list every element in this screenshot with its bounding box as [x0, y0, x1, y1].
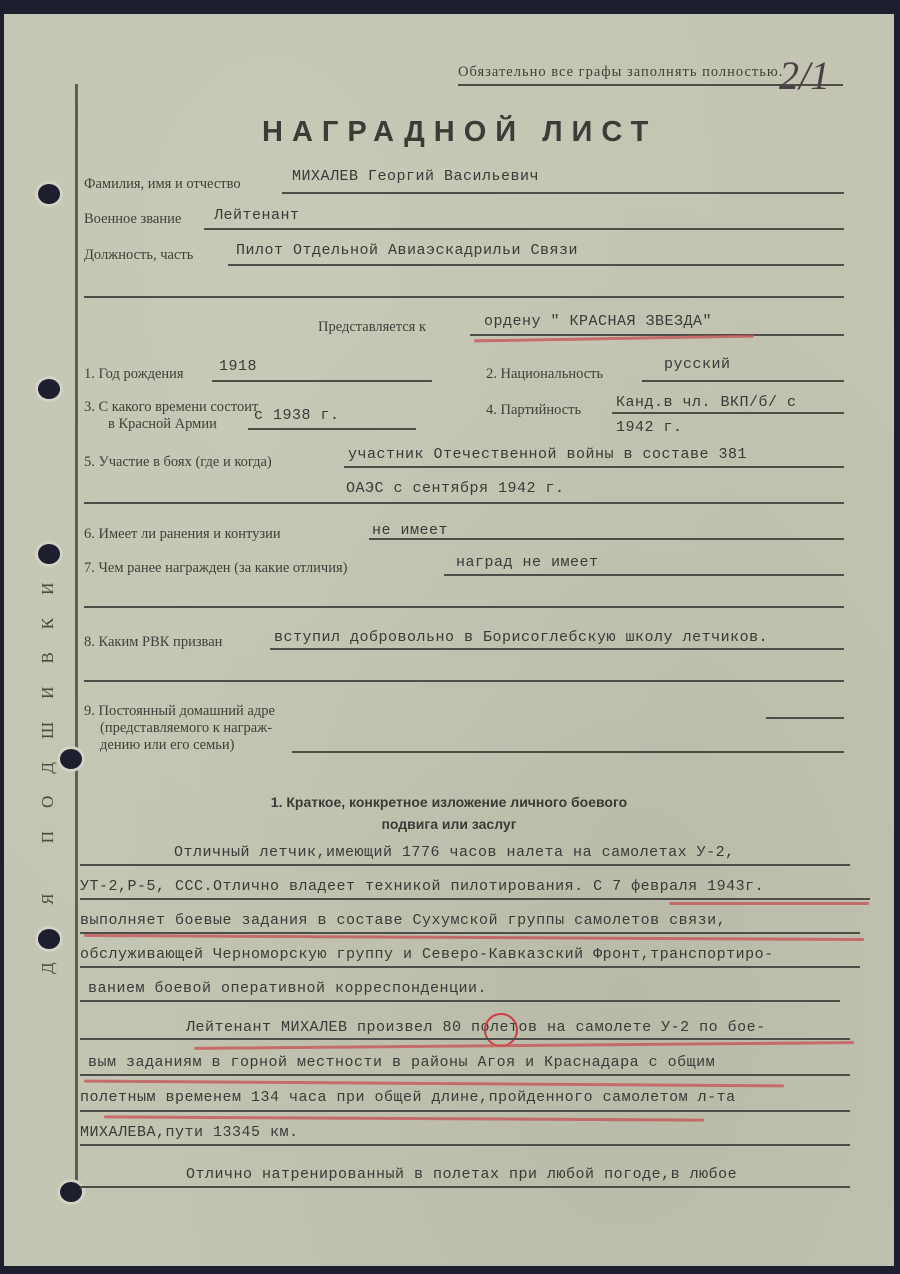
battles-label: 5. Участие в боях (где и когда)	[84, 454, 272, 471]
red-pencil-underline	[474, 335, 754, 342]
punch-hole	[38, 379, 60, 399]
divider	[612, 412, 844, 414]
divider	[84, 502, 844, 504]
divider	[80, 1038, 850, 1040]
battles-value-2: ОАЭС с сентября 1942 г.	[346, 480, 565, 497]
divider	[80, 864, 850, 866]
page-number: 2/1	[779, 52, 830, 99]
divider	[80, 1074, 850, 1076]
award-value: ордену " КРАСНАЯ ЗВЕЗДА"	[484, 313, 712, 330]
wounds-label: 6. Имеет ли ранения и контузии	[84, 526, 281, 543]
narrative-line: полетным временем 134 часа при общей дли…	[80, 1089, 736, 1106]
divider	[369, 538, 844, 540]
nationality-label: 2. Национальность	[486, 366, 603, 383]
punch-hole	[60, 749, 82, 769]
red-pencil-underline	[104, 1115, 704, 1121]
narrative-line: вым заданиям в горной местности в районы…	[88, 1054, 715, 1071]
red-pencil-underline	[84, 1080, 784, 1087]
party-value: Канд.в чл. ВКП/б/ с	[616, 394, 797, 411]
rank-value: Лейтенант	[214, 207, 300, 224]
position-label: Должность, часть	[84, 247, 193, 264]
red-circled-number	[484, 1013, 518, 1047]
red-pencil-underline	[669, 902, 869, 905]
party-value-2: 1942 г.	[616, 419, 683, 436]
divider	[228, 264, 844, 266]
divider	[642, 380, 844, 382]
birth-year-label: 1. Год рождения	[84, 366, 184, 383]
nationality-value: русский	[664, 356, 731, 373]
divider	[80, 898, 870, 900]
divider	[84, 606, 844, 608]
divider	[80, 1186, 850, 1188]
divider	[344, 466, 844, 468]
full-name-label: Фамилия, имя и отчество	[84, 176, 241, 193]
rank-label: Военное звание	[84, 211, 181, 228]
binding-margin-note: ДЛЯ ПОДШИВКИ	[38, 560, 58, 974]
divider	[766, 717, 844, 719]
party-label: 4. Партийность	[486, 402, 581, 419]
narrative-line: МИХАЛЕВА,пути 13345 км.	[80, 1124, 299, 1141]
service-since-label: 3. С какого времени состоит	[84, 399, 258, 416]
narrative-line: выполняет боевые задания в составе Сухум…	[80, 912, 726, 929]
narrative-line: Отлично натренированный в полетах при лю…	[186, 1166, 737, 1183]
divider	[80, 1144, 850, 1146]
fill-all-fields-note: Обязательно все графы заполнять полность…	[458, 64, 783, 81]
divider	[282, 192, 844, 194]
red-pencil-underline	[84, 934, 864, 941]
position-value: Пилот Отдельной Авиаэскадрильи Связи	[236, 242, 578, 259]
previous-awards-value: наград не имеет	[456, 554, 599, 571]
address-label-3: дению или его семьи)	[100, 737, 235, 754]
page-title: НАГРАДНОЙ ЛИСТ	[262, 116, 657, 149]
battles-value: участник Отечественной войны в составе 3…	[348, 446, 747, 463]
divider	[270, 648, 844, 650]
previous-awards-label: 7. Чем ранее награжден (за какие отличия…	[84, 560, 347, 577]
full-name-value: МИХАЛЕВ Георгий Васильевич	[292, 168, 539, 185]
divider	[204, 228, 844, 230]
punch-hole	[38, 544, 60, 564]
divider	[212, 380, 432, 382]
address-label: 9. Постоянный домашний адре	[84, 703, 275, 720]
divider	[444, 574, 844, 576]
divider	[84, 680, 844, 682]
narrative-line: УТ-2,Р-5, ССС.Отлично владеет техникой п…	[80, 878, 764, 895]
service-since-value: с 1938 г.	[254, 407, 340, 424]
divider	[80, 1110, 850, 1112]
conscription-label: 8. Каким РВК призван	[84, 634, 222, 651]
divider	[80, 932, 860, 934]
narrative-line: Лейтенант МИХАЛЕВ произвел 80 полетов на…	[186, 1019, 766, 1036]
narrative-line: Отличный летчик,имеющий 1776 часов налет…	[174, 844, 735, 861]
service-since-label-2: в Красной Армии	[108, 416, 217, 433]
punch-hole	[60, 1182, 82, 1202]
punch-hole	[38, 929, 60, 949]
punch-hole	[38, 184, 60, 204]
narrative-line: обслуживающей Черноморскую группу и Севе…	[80, 946, 774, 963]
section-heading: 1. Краткое, конкретное изложение личного…	[4, 794, 894, 810]
divider	[292, 751, 844, 753]
margin-rule	[75, 84, 78, 1194]
divider	[248, 428, 416, 430]
birth-year-value: 1918	[219, 358, 257, 375]
wounds-value: не имеет	[372, 522, 448, 539]
divider	[80, 966, 860, 968]
narrative-line: ванием боевой оперативной корреспонденци…	[88, 980, 487, 997]
conscription-value: вступил добровольно в Борисоглебскую шко…	[274, 629, 768, 646]
section-heading-2: подвига или заслуг	[4, 816, 894, 832]
divider	[80, 1000, 840, 1002]
divider	[84, 296, 844, 298]
address-label-2: (представляемого к награж-	[100, 720, 272, 737]
red-pencil-underline	[194, 1041, 854, 1049]
award-label: Представляется к	[318, 319, 426, 336]
award-sheet-page: ДЛЯ ПОДШИВКИ Обязательно все графы запол…	[4, 14, 894, 1266]
